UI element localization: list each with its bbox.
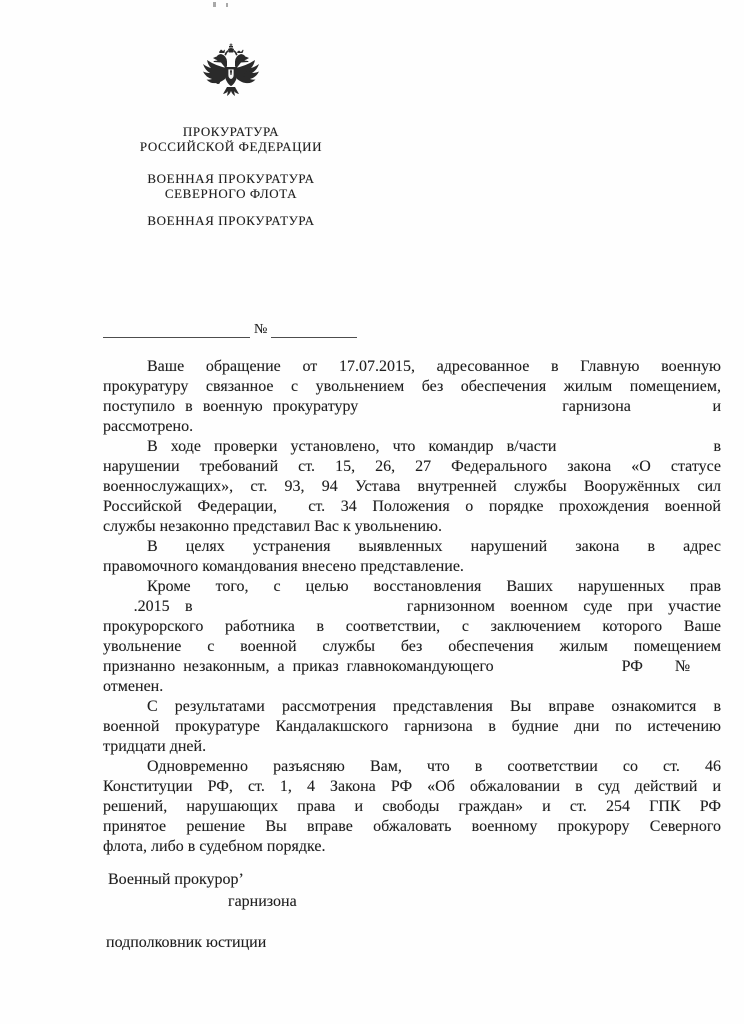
letter-body: Ваше обращение от 17.07.2015, адресованн… [103, 357, 721, 857]
body-line: поступило в военную прокуратуру гарнизон… [103, 397, 721, 417]
body-line: Ваше обращение от 17.07.2015, адресованн… [103, 357, 721, 377]
letterhead-org-line: СЕВЕРНОГО ФЛОТА [88, 186, 374, 201]
scanned-letter-page: ПРОКУРАТУРА РОССИЙСКОЙ ФЕДЕРАЦИИ ВОЕННАЯ… [0, 0, 744, 1024]
body-line: решений, нарушающих права и свободы граж… [103, 797, 721, 817]
body-line: В ходе проверки установлено, что команди… [103, 437, 721, 457]
signature-title-line1: Военный прокурор’ [108, 871, 244, 889]
letterhead-org-line: ВОЕННАЯ ПРОКУРАТУРА [88, 213, 374, 228]
body-line: тридцати дней. [103, 737, 721, 757]
letterhead-org-line: РОССИЙСКОЙ ФЕДЕРАЦИИ [88, 139, 374, 154]
body-line: нарушении требований ст. 15, 26, 27 Феде… [103, 457, 721, 477]
body-line: военной прокуратуре Кандалакшского гарни… [103, 717, 721, 737]
body-line: .2015 в гарнизонном военном суде при уча… [103, 597, 721, 617]
russia-coat-of-arms-icon [201, 42, 261, 114]
number-sign: № [250, 321, 271, 338]
body-line: В целях устранения выявленных нарушений … [103, 537, 721, 557]
signature-title-line2: гарнизона [228, 893, 297, 911]
body-line: увольнение с военной службы без обеспече… [103, 637, 721, 657]
body-line: военнослужащих», ст. 93, 94 Устава внутр… [103, 477, 721, 497]
letterhead-org-line: ВОЕННАЯ ПРОКУРАТУРА [88, 171, 374, 186]
body-line: рассмотрено. [103, 417, 721, 437]
body-line: прокуратуру связанное с увольнением без … [103, 377, 721, 397]
paragraph: Одновременно разъясняю Вам, что в соотве… [103, 757, 721, 857]
body-line: правомочного командования внесено предст… [103, 557, 721, 577]
paragraph: С результатами рассмотрения представлени… [103, 697, 721, 757]
scan-artifact [226, 3, 228, 7]
body-line: принятое решение Вы вправе обжаловать во… [103, 817, 721, 837]
body-line: признанно незаконным, а приказ главноком… [103, 657, 721, 677]
reference-date-blank [103, 322, 250, 338]
scan-artifact [213, 2, 216, 7]
signature-rank: подполковник юстиции [106, 934, 266, 952]
paragraph: В ходе проверки установлено, что команди… [103, 437, 721, 537]
body-line: С результатами рассмотрения представлени… [103, 697, 721, 717]
body-line: Российской Федерации, ст. 34 Положения о… [103, 497, 721, 517]
paragraph: Кроме того, с целью восстановления Ваших… [103, 577, 721, 697]
reference-number-blank [271, 322, 357, 338]
body-line: отменен. [103, 677, 721, 697]
body-line: службы незаконно представил Вас к увольн… [103, 517, 721, 537]
reference-line: № [103, 320, 357, 338]
paragraph: Ваше обращение от 17.07.2015, адресованн… [103, 357, 721, 437]
body-line: Конституции РФ, ст. 1, 4 Закона РФ «Об о… [103, 777, 721, 797]
letterhead: ПРОКУРАТУРА РОССИЙСКОЙ ФЕДЕРАЦИИ ВОЕННАЯ… [88, 42, 374, 228]
body-line: Кроме того, с целью восстановления Ваших… [103, 577, 721, 597]
paragraph: В целях устранения выявленных нарушений … [103, 537, 721, 577]
body-line: флота, либо в судебном порядке. [103, 837, 721, 857]
letterhead-org-line: ПРОКУРАТУРА [88, 124, 374, 139]
body-line: прокурорского работника в соответствии, … [103, 617, 721, 637]
body-line: Одновременно разъясняю Вам, что в соотве… [103, 757, 721, 777]
